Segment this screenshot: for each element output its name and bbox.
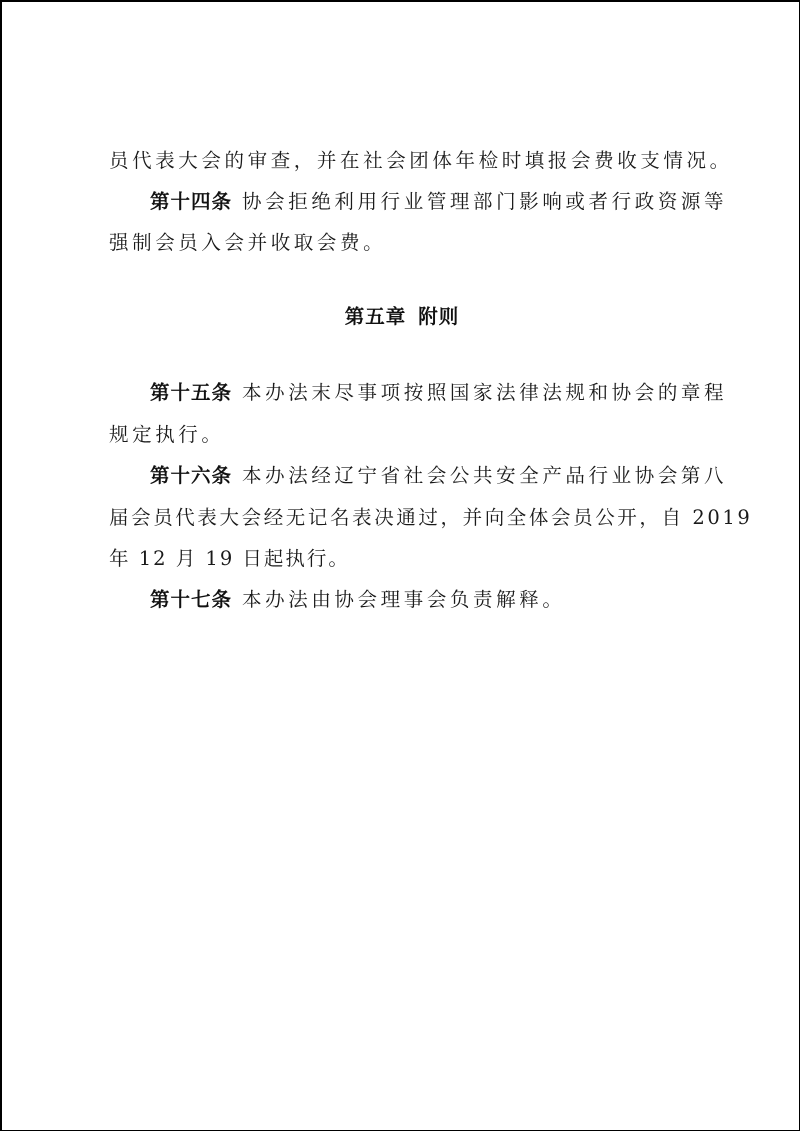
- chapter-number: 第五章: [345, 305, 407, 328]
- document-page: 员代表大会的审查，并在社会团体年检时填报会费收支情况。 第十四条协会拒绝利用行业…: [0, 0, 800, 1131]
- article-15-line-1: 第十五条本办法末尽事项按照国家法律法规和协会的章程: [150, 380, 750, 406]
- article-17-line-1: 第十七条本办法由协会理事会负责解释。: [150, 587, 750, 613]
- article-17-text-1: 本办法由协会理事会负责解释。: [242, 588, 565, 611]
- article-14-line-2: 强制会员入会并收取会费。: [109, 230, 709, 256]
- chapter-heading: 第五章附则: [2, 304, 800, 330]
- article-16-text-1: 本办法经辽宁省社会公共安全产品行业协会第八: [242, 464, 727, 487]
- article-15-label: 第十五条: [150, 381, 232, 404]
- article-16-line-3: 年 12 月 19 日起执行。: [109, 546, 709, 572]
- article-16-label: 第十六条: [150, 464, 232, 487]
- article-17-label: 第十七条: [150, 588, 232, 611]
- article-15-line-2: 规定执行。: [109, 422, 709, 448]
- article-14-text-1: 协会拒绝利用行业管理部门影响或者行政资源等: [242, 190, 727, 213]
- article-16-line-1: 第十六条本办法经辽宁省社会公共安全产品行业协会第八: [150, 463, 750, 489]
- article-14-label: 第十四条: [150, 190, 232, 213]
- article-14-line-1: 第十四条协会拒绝利用行业管理部门影响或者行政资源等: [150, 189, 750, 215]
- article-15-text-1: 本办法末尽事项按照国家法律法规和协会的章程: [242, 381, 727, 404]
- chapter-title: 附则: [418, 305, 459, 328]
- article-16-line-2: 届会员代表大会经无记名表决通过，并向全体会员公开，自 2019: [109, 505, 709, 531]
- paragraph-continuation-line-1: 员代表大会的审查，并在社会团体年检时填报会费收支情况。: [109, 148, 709, 174]
